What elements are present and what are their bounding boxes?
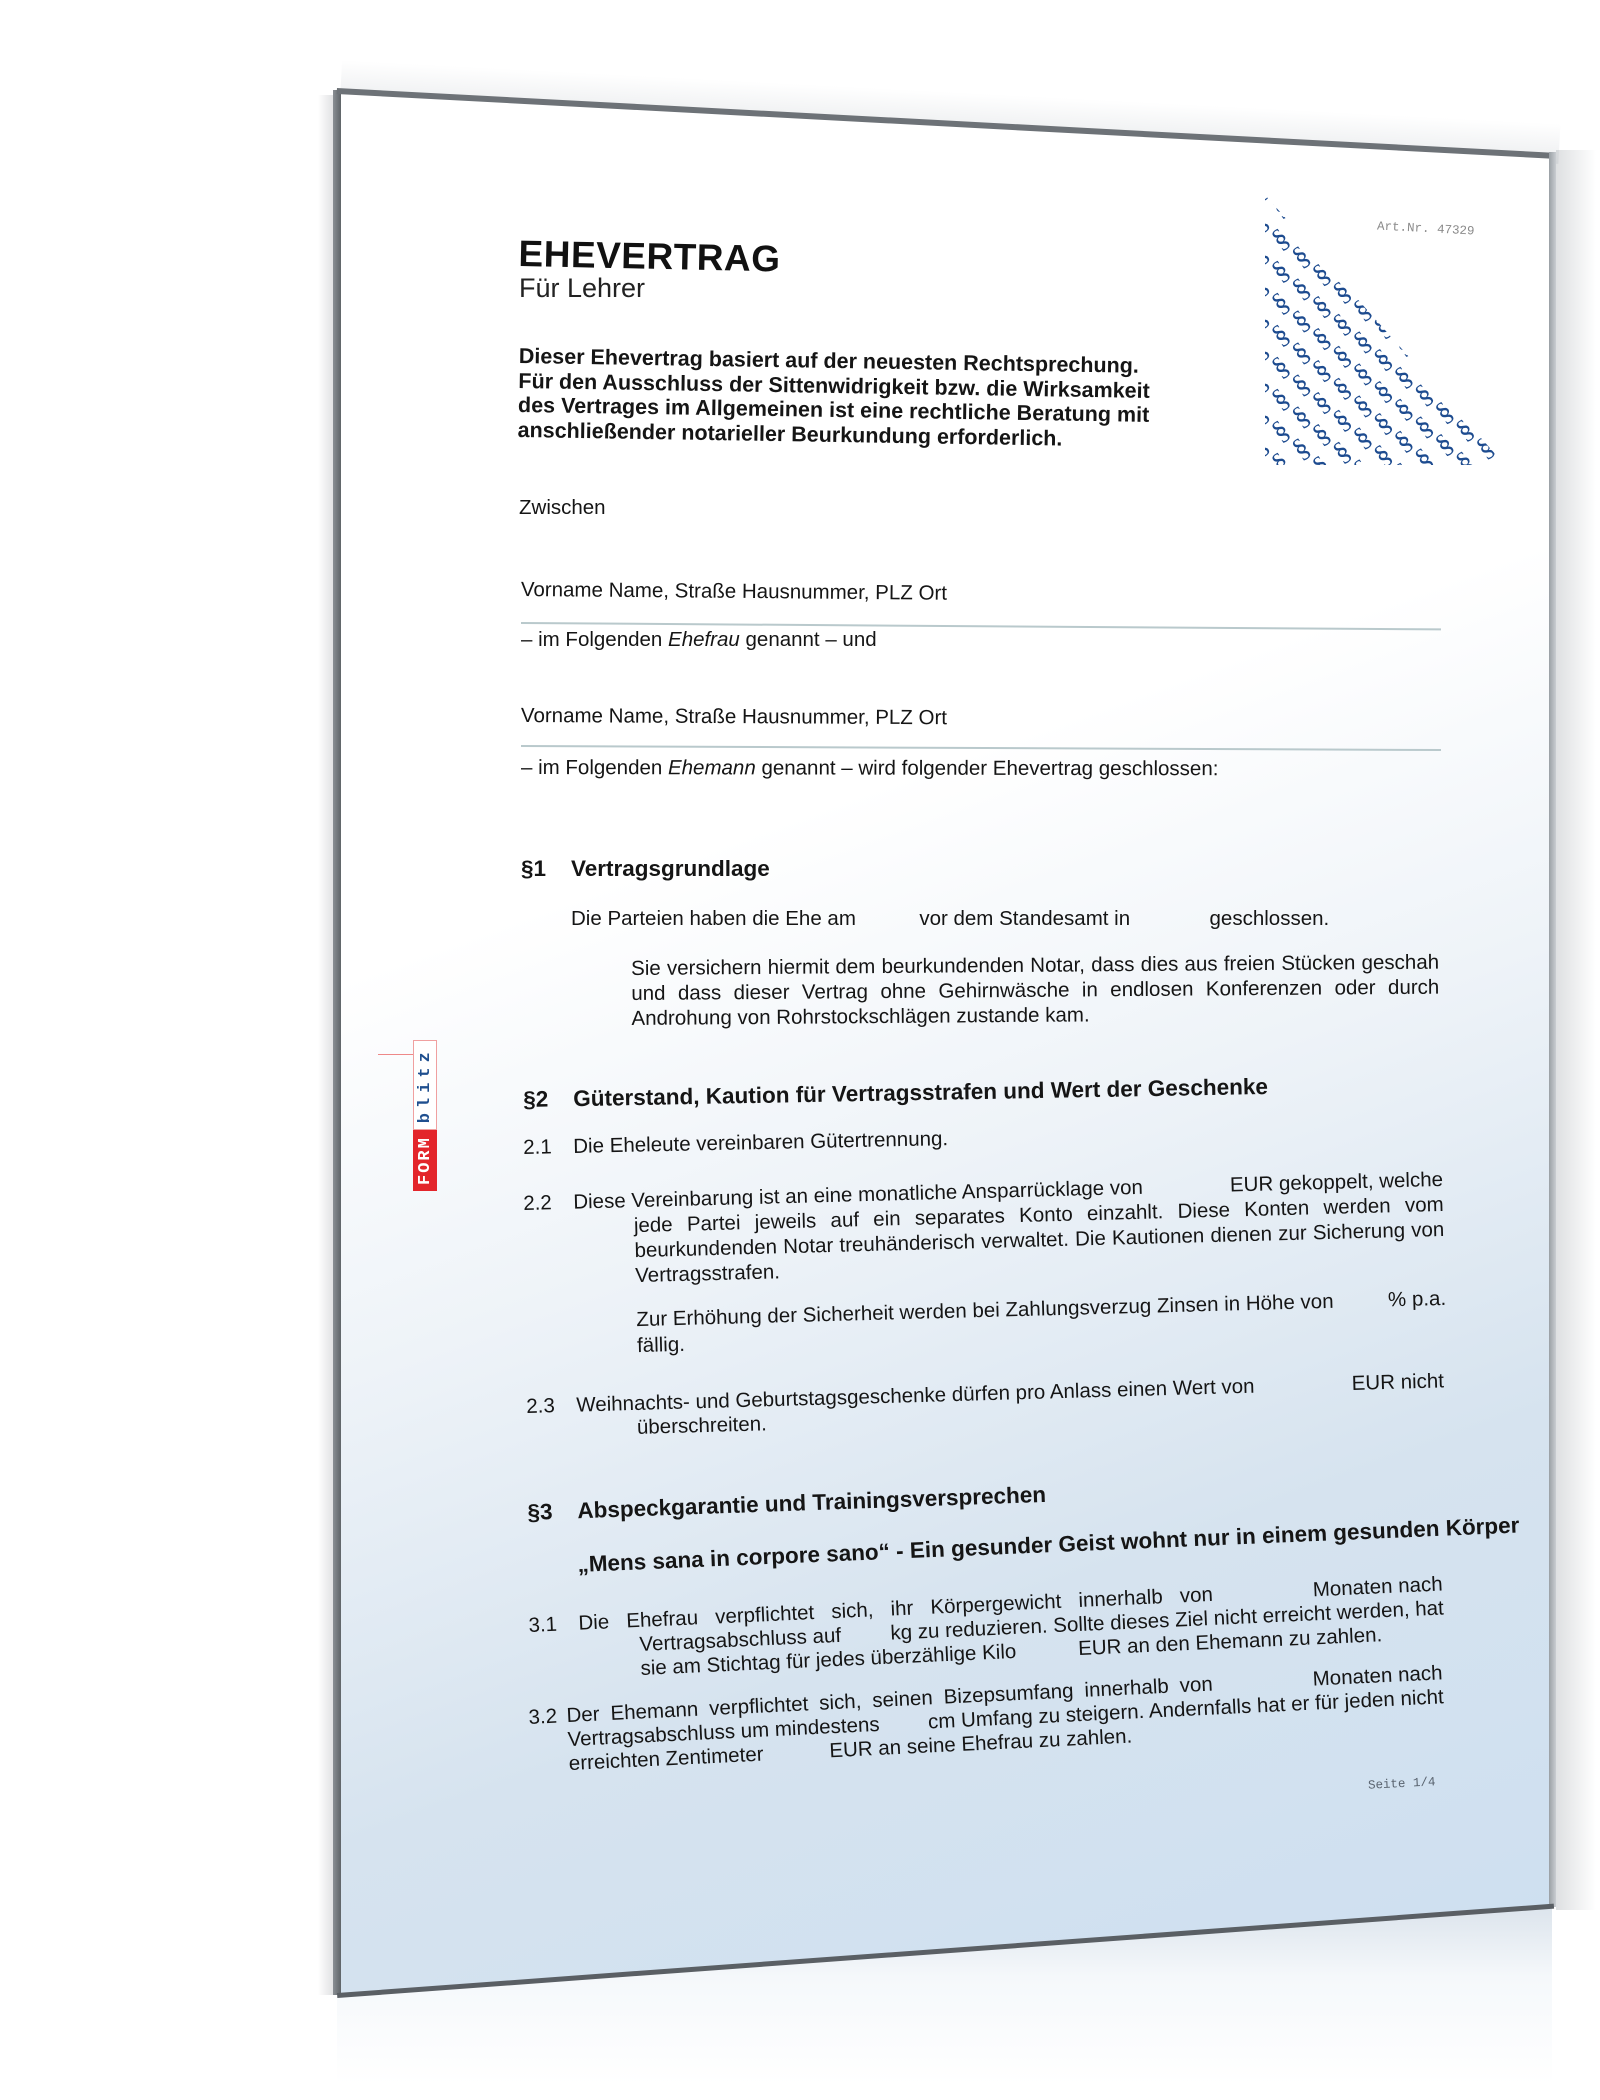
section-1-marriage-line: Die Parteien haben die Ehe am vor dem St… bbox=[571, 907, 1329, 931]
party2-address-field[interactable]: Vorname Name, Straße Hausnummer, PLZ Ort bbox=[521, 704, 947, 730]
page-shadow-right bbox=[1556, 150, 1596, 1910]
biceps-target-field[interactable] bbox=[879, 1710, 929, 1736]
target-weight-field[interactable] bbox=[840, 1622, 891, 1648]
lead-paragraph: Dieser Ehevertrag basiert auf der neuest… bbox=[517, 344, 1150, 452]
penalty-per-kilo-field[interactable] bbox=[1016, 1637, 1079, 1664]
section-title: Vertragsgrundlage bbox=[571, 856, 770, 881]
section-1-paragraph: Sie versichern hiermit dem beurkundenden… bbox=[631, 950, 1440, 1031]
formblitz-logo: FORMblitz bbox=[413, 1021, 437, 1191]
party1-address-field[interactable]: Vorname Name, Straße Hausnummer, PLZ Ort bbox=[521, 578, 947, 606]
penalty-per-cm-field[interactable] bbox=[763, 1739, 830, 1766]
between-label: Zwischen bbox=[519, 496, 606, 520]
page-edge-left bbox=[333, 90, 341, 1995]
section-1-heading: §1Vertragsgrundlage bbox=[521, 856, 770, 882]
document-subtitle: Für Lehrer bbox=[519, 273, 645, 304]
role-ehemann: Ehemann bbox=[668, 756, 756, 779]
party1-role-line: – im Folgenden Ehefrau genannt – und bbox=[521, 628, 877, 652]
gift-value-field[interactable] bbox=[1273, 1372, 1334, 1398]
monthly-savings-field[interactable] bbox=[1156, 1174, 1217, 1200]
weight-months-field[interactable] bbox=[1232, 1578, 1313, 1606]
section-number: §1 bbox=[521, 856, 571, 882]
party2-role-line: – im Folgenden Ehemann genannt – wird fo… bbox=[521, 756, 1219, 781]
role-ehefrau: Ehefrau bbox=[668, 628, 740, 651]
interest-rate-field[interactable] bbox=[1340, 1289, 1381, 1314]
page-edge-right bbox=[1549, 152, 1556, 1907]
item-2-2: 2.2Diese Vereinbarung ist an eine monatl… bbox=[523, 1168, 1447, 1361]
